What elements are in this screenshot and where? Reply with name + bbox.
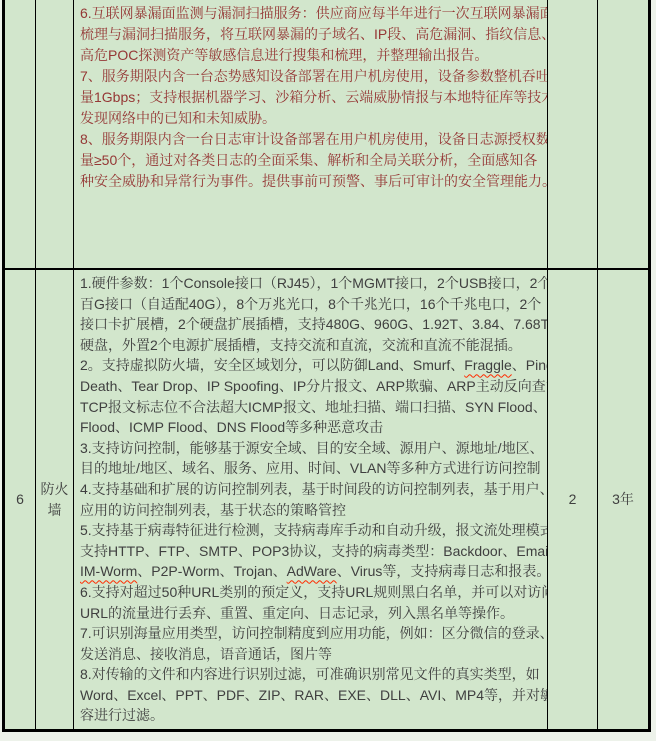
text-line: 百G接口（自适配40G），8个万兆光口，8个千兆光口，16个千兆电口，2个 [80, 294, 541, 315]
text-line: 梳理与漏洞扫描服务，将互联网暴漏的子域名、IP段、高危漏洞、指纹信息、 [80, 24, 541, 45]
text-line: 8.对传输的文件和内容进行识别过滤，可准确识别常见文件的真实类型，如 [80, 664, 541, 685]
text-line: 1.硬件参数：1个Console接口（RJ45），1个MGMT接口，2个USB接… [80, 273, 541, 294]
text-line: 应用的访问控制列表，基于状态的策略管控 [80, 500, 541, 521]
text-line: URL的流量进行丢弃、重置、重定向、日志记录，列入黑名单等操作。 [80, 603, 541, 624]
text-line: 量1Gbps；支持根据机器学习、沙箱分析、云端威胁情报与本地特征库等技术 [80, 87, 541, 108]
text-line: 容进行过滤。 [80, 705, 541, 726]
name-cell [36, 0, 74, 268]
text-line: 硬盘，外置2个电源扩展插槽，支持交流和直流，交流和直流不能混插。 [80, 335, 541, 356]
duration-cell: 3年 [598, 270, 648, 729]
table-row-firewall: 6 防火墙 1.硬件参数：1个Console接口（RJ45），1个MGMT接口，… [5, 270, 648, 729]
text-line: Word、Excel、PPT、PDF、ZIP、RAR、EXE、DLL、AVI、M… [80, 685, 541, 706]
spec-cell: 1.硬件参数：1个Console接口（RJ45），1个MGMT接口，2个USB接… [74, 270, 548, 729]
text-line: 8、服务期限内含一台日志审计设备部署在用户机房使用，设备日志源授权数 [80, 129, 541, 150]
text-line: IM-Worm、P2P-Worm、Trojan、AdWare、Virus等，支持… [80, 561, 541, 582]
spellcheck-flagged-word: AdWare [287, 563, 337, 579]
text-line: 7、服务期限内含一台态势感知设备部署在用户机房使用，设备参数整机吞吐 [80, 66, 541, 87]
text-line: 量≥50个，通过对各类日志的全面采集、解析和全局关联分析，全面感知各 [80, 150, 541, 171]
text-line: 高危POC探测资产等敏感信息进行搜集和梳理，并整理输出报告。 [80, 45, 541, 66]
procurement-spec-table: 6.互联网暴漏面监测与漏洞扫描服务：供应商应每半年进行一次互联网暴漏面梳理与漏洞… [2, 0, 651, 732]
text-line: 接口卡扩展槽，2个硬盘扩展插槽，支持480G、960G、1.92T、3.84、7… [80, 314, 541, 335]
text-line: 发现网络中的已知和未知威胁。 [80, 108, 541, 129]
index-cell [5, 0, 36, 268]
text-line: 墙 [48, 500, 62, 521]
text-line: 3.支持访问控制，能够基于源安全域、目的安全域、源用户、源地址/地区、 [80, 438, 541, 459]
qty-cell: 2 [548, 270, 598, 729]
text-line: Flood、ICMP Flood、DNS Flood等多种恶意攻击 [80, 417, 541, 438]
text-line: 支持HTTP、FTP、SMTP、POP3协议，支持的病毒类型：Backdoor、… [80, 541, 541, 562]
text-line: 5.支持基于病毒特征进行检测，支持病毒库手动和自动升级，报文流处理模式， [80, 520, 541, 541]
spellcheck-flagged-word: IM-Worm [80, 563, 137, 579]
text-line: 种安全威胁和异常行为事件。提供事前可预警、事后可审计的安全管理能力。 [80, 171, 541, 192]
text-line: Death、Tear Drop、IP Spoofing、IP分片报文、ARP欺骗… [80, 376, 541, 397]
spellcheck-flagged-word: Fraggle [464, 357, 511, 373]
qty-cell [548, 0, 598, 268]
text-line: 发送消息、接收消息，语音通话，图片等 [80, 644, 541, 665]
spec-cell: 6.互联网暴漏面监测与漏洞扫描服务：供应商应每半年进行一次互联网暴漏面梳理与漏洞… [74, 0, 548, 268]
text-line: 7.可识别海量应用类型，访问控制精度到应用功能，例如：区分微信的登录、 [80, 623, 541, 644]
duration-cell [598, 0, 648, 268]
text-line: 4.支持基础和扩展的访问控制列表，基于时间段的访问控制列表，基于用户、 [80, 479, 541, 500]
name-cell: 防火墙 [36, 270, 74, 729]
table-row-continuation: 6.互联网暴漏面监测与漏洞扫描服务：供应商应每半年进行一次互联网暴漏面梳理与漏洞… [5, 0, 648, 270]
text-line: TCP报文标志位不合法超大ICMP报文、地址扫描、端口扫描、SYN Flood、… [80, 397, 541, 418]
text-line: 2。支持虚拟防火墙，安全区域划分，可以防御Land、Smurf、Fraggle、… [80, 355, 541, 376]
text-line: 6.互联网暴漏面监测与漏洞扫描服务：供应商应每半年进行一次互联网暴漏面 [80, 3, 541, 24]
text-line: 防火 [41, 479, 69, 500]
text-line: 目的地址/地区、域名、服务、应用、时间、VLAN等多种方式进行访问控制 [80, 458, 541, 479]
text-line: 6.支持对超过50种URL类别的预定义，支持URL规则黑白名单，并可以对访问 [80, 582, 541, 603]
index-cell: 6 [5, 270, 36, 729]
